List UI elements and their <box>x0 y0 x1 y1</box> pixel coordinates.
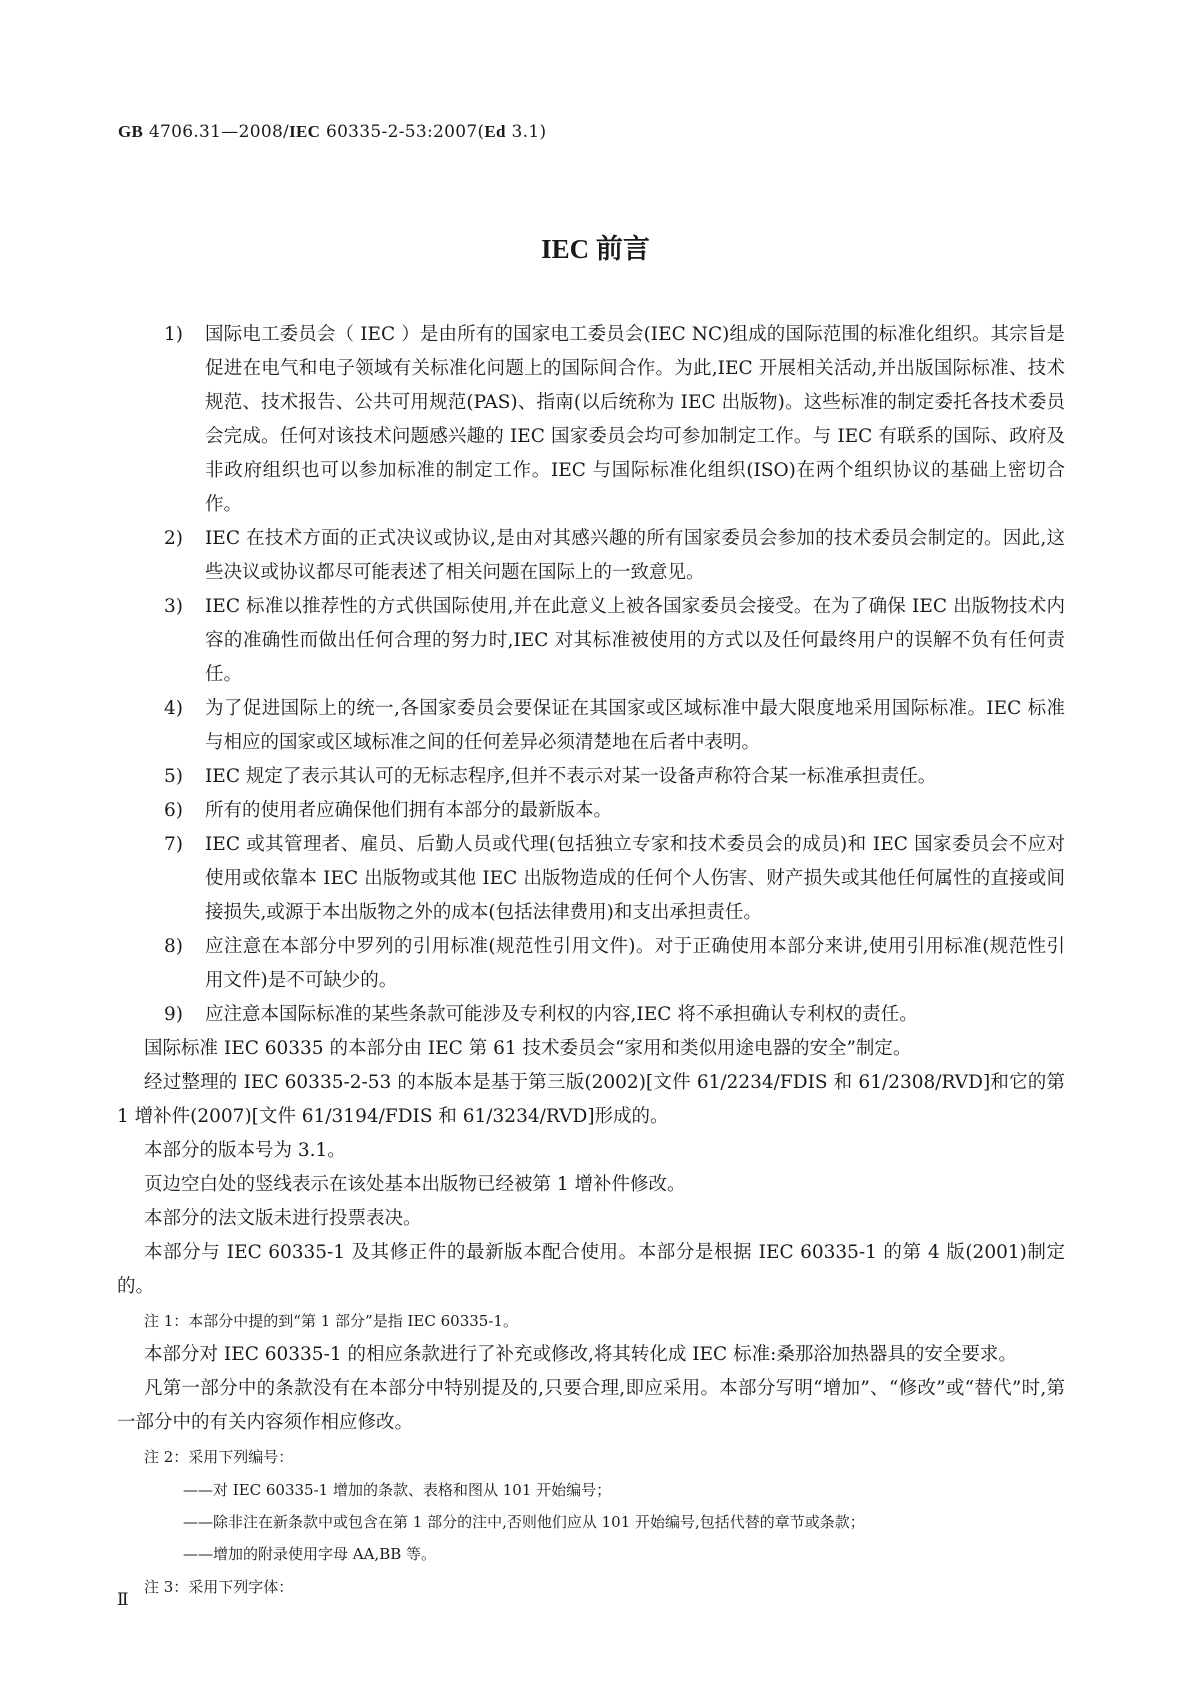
list-item: 8)应注意在本部分中罗列的引用标准(规范性引用文件)。对于正确使用本部分来讲,使… <box>117 930 1065 998</box>
std-number: 4706.31—2008/ <box>149 122 289 142</box>
paragraph-margin-lines: 页边空白处的竖线表示在该处基本出版物已经被第 1 增补件修改。 <box>117 1168 1065 1202</box>
item-number: 5) <box>164 760 183 794</box>
paragraph-usage: 本部分与 IEC 60335-1 及其修正件的最新版本配合使用。本部分是根据 I… <box>117 1236 1065 1304</box>
list-item: 3)IEC 标准以推荐性的方式供国际使用,并在此意义上被各国家委员会接受。在为了… <box>117 590 1065 692</box>
page-number: Ⅱ <box>117 1590 129 1610</box>
document-body: 1)国际电工委员会（ IEC ）是由所有的国家电工委员会(IEC NC)组成的国… <box>117 318 1065 1604</box>
paragraph-responsible-committee: 国际标准 IEC 60335 的本部分由 IEC 第 61 技术委员会“家用和类… <box>117 1032 1065 1066</box>
ed-number: 3.1) <box>512 122 547 142</box>
item-number: 8) <box>164 930 183 964</box>
note-3: 注 3：采用下列字体： <box>117 1572 1065 1602</box>
note-2: 注 2：采用下列编号： <box>117 1442 1065 1472</box>
std-prefix: GB <box>118 122 143 141</box>
list-item: 4)为了促进国际上的统一,各国家委员会要保证在其国家或区域标准中最大限度地采用国… <box>117 692 1065 760</box>
item-number: 2) <box>164 522 183 556</box>
item-text: 所有的使用者应确保他们拥有本部分的最新版本。 <box>205 800 612 821</box>
item-number: 3) <box>164 590 183 624</box>
iec-number: 60335-2-53:2007( <box>326 122 484 142</box>
item-text: IEC 标准以推荐性的方式供国际使用,并在此意义上被各国家委员会接受。在为了确保… <box>205 596 1065 685</box>
page-title: IEC 前言 <box>0 227 1191 266</box>
item-text: 国际电工委员会（ IEC ）是由所有的国家电工委员会(IEC NC)组成的国际范… <box>205 324 1065 515</box>
item-text: IEC 在技术方面的正式决议或协议,是由对其感兴趣的所有国家委员会参加的技术委员… <box>205 528 1065 583</box>
item-number: 9) <box>164 998 183 1032</box>
item-text: IEC 或其管理者、雇员、后勤人员或代理(包括独立专家和技术委员会的成员)和 I… <box>205 834 1065 923</box>
list-item: 7)IEC 或其管理者、雇员、后勤人员或代理(包括独立专家和技术委员会的成员)和… <box>117 828 1065 930</box>
item-number: 4) <box>164 692 183 726</box>
list-item: 2)IEC 在技术方面的正式决议或协议,是由对其感兴趣的所有国家委员会参加的技术… <box>117 522 1065 590</box>
paragraph-french-version: 本部分的法文版未进行投票表决。 <box>117 1202 1065 1236</box>
dash-item: ——除非注在新条款中或包含在第 1 部分的注中,否则他们应从 101 开始编号,… <box>117 1506 1065 1538</box>
list-item: 9)应注意本国际标准的某些条款可能涉及专利权的内容,IEC 将不承担确认专利权的… <box>117 998 1065 1032</box>
item-number: 1) <box>164 318 183 352</box>
paragraph-version-number: 本部分的版本号为 3.1。 <box>117 1134 1065 1168</box>
list-item: 1)国际电工委员会（ IEC ）是由所有的国家电工委员会(IEC NC)组成的国… <box>117 318 1065 522</box>
list-item: 5)IEC 规定了表示其认可的无标志程序,但并不表示对某一设备声称符合某一标准承… <box>117 760 1065 794</box>
note-1: 注 1：本部分中提的到“第 1 部分”是指 IEC 60335-1。 <box>117 1306 1065 1336</box>
ed-prefix: Ed <box>484 122 505 141</box>
iec-prefix: IEC <box>289 122 320 141</box>
item-text: 为了促进国际上的统一,各国家委员会要保证在其国家或区域标准中最大限度地采用国际标… <box>205 698 1065 753</box>
item-number: 6) <box>164 794 183 828</box>
paragraph-supplement: 本部分对 IEC 60335-1 的相应条款进行了补充或修改,将其转化成 IEC… <box>117 1338 1065 1372</box>
item-text: 应注意在本部分中罗列的引用标准(规范性引用文件)。对于正确使用本部分来讲,使用引… <box>205 936 1065 991</box>
item-number: 7) <box>164 828 183 862</box>
paragraph-application: 凡第一部分中的条款没有在本部分中特别提及的,只要合理,即应采用。本部分写明“增加… <box>117 1372 1065 1440</box>
item-text: 应注意本国际标准的某些条款可能涉及专利权的内容,IEC 将不承担确认专利权的责任… <box>205 1004 918 1025</box>
dash-item: ——增加的附录使用字母 AA,BB 等。 <box>117 1538 1065 1570</box>
paragraph-edition-basis: 经过整理的 IEC 60335-2-53 的本版本是基于第三版(2002)[文件… <box>117 1066 1065 1134</box>
document-header: GB 4706.31—2008/IEC 60335-2-53:2007(Ed 3… <box>118 122 546 142</box>
dash-item: ——对 IEC 60335-1 增加的条款、表格和图从 101 开始编号； <box>117 1474 1065 1506</box>
list-item: 6)所有的使用者应确保他们拥有本部分的最新版本。 <box>117 794 1065 828</box>
item-text: IEC 规定了表示其认可的无标志程序,但并不表示对某一设备声称符合某一标准承担责… <box>205 766 936 787</box>
